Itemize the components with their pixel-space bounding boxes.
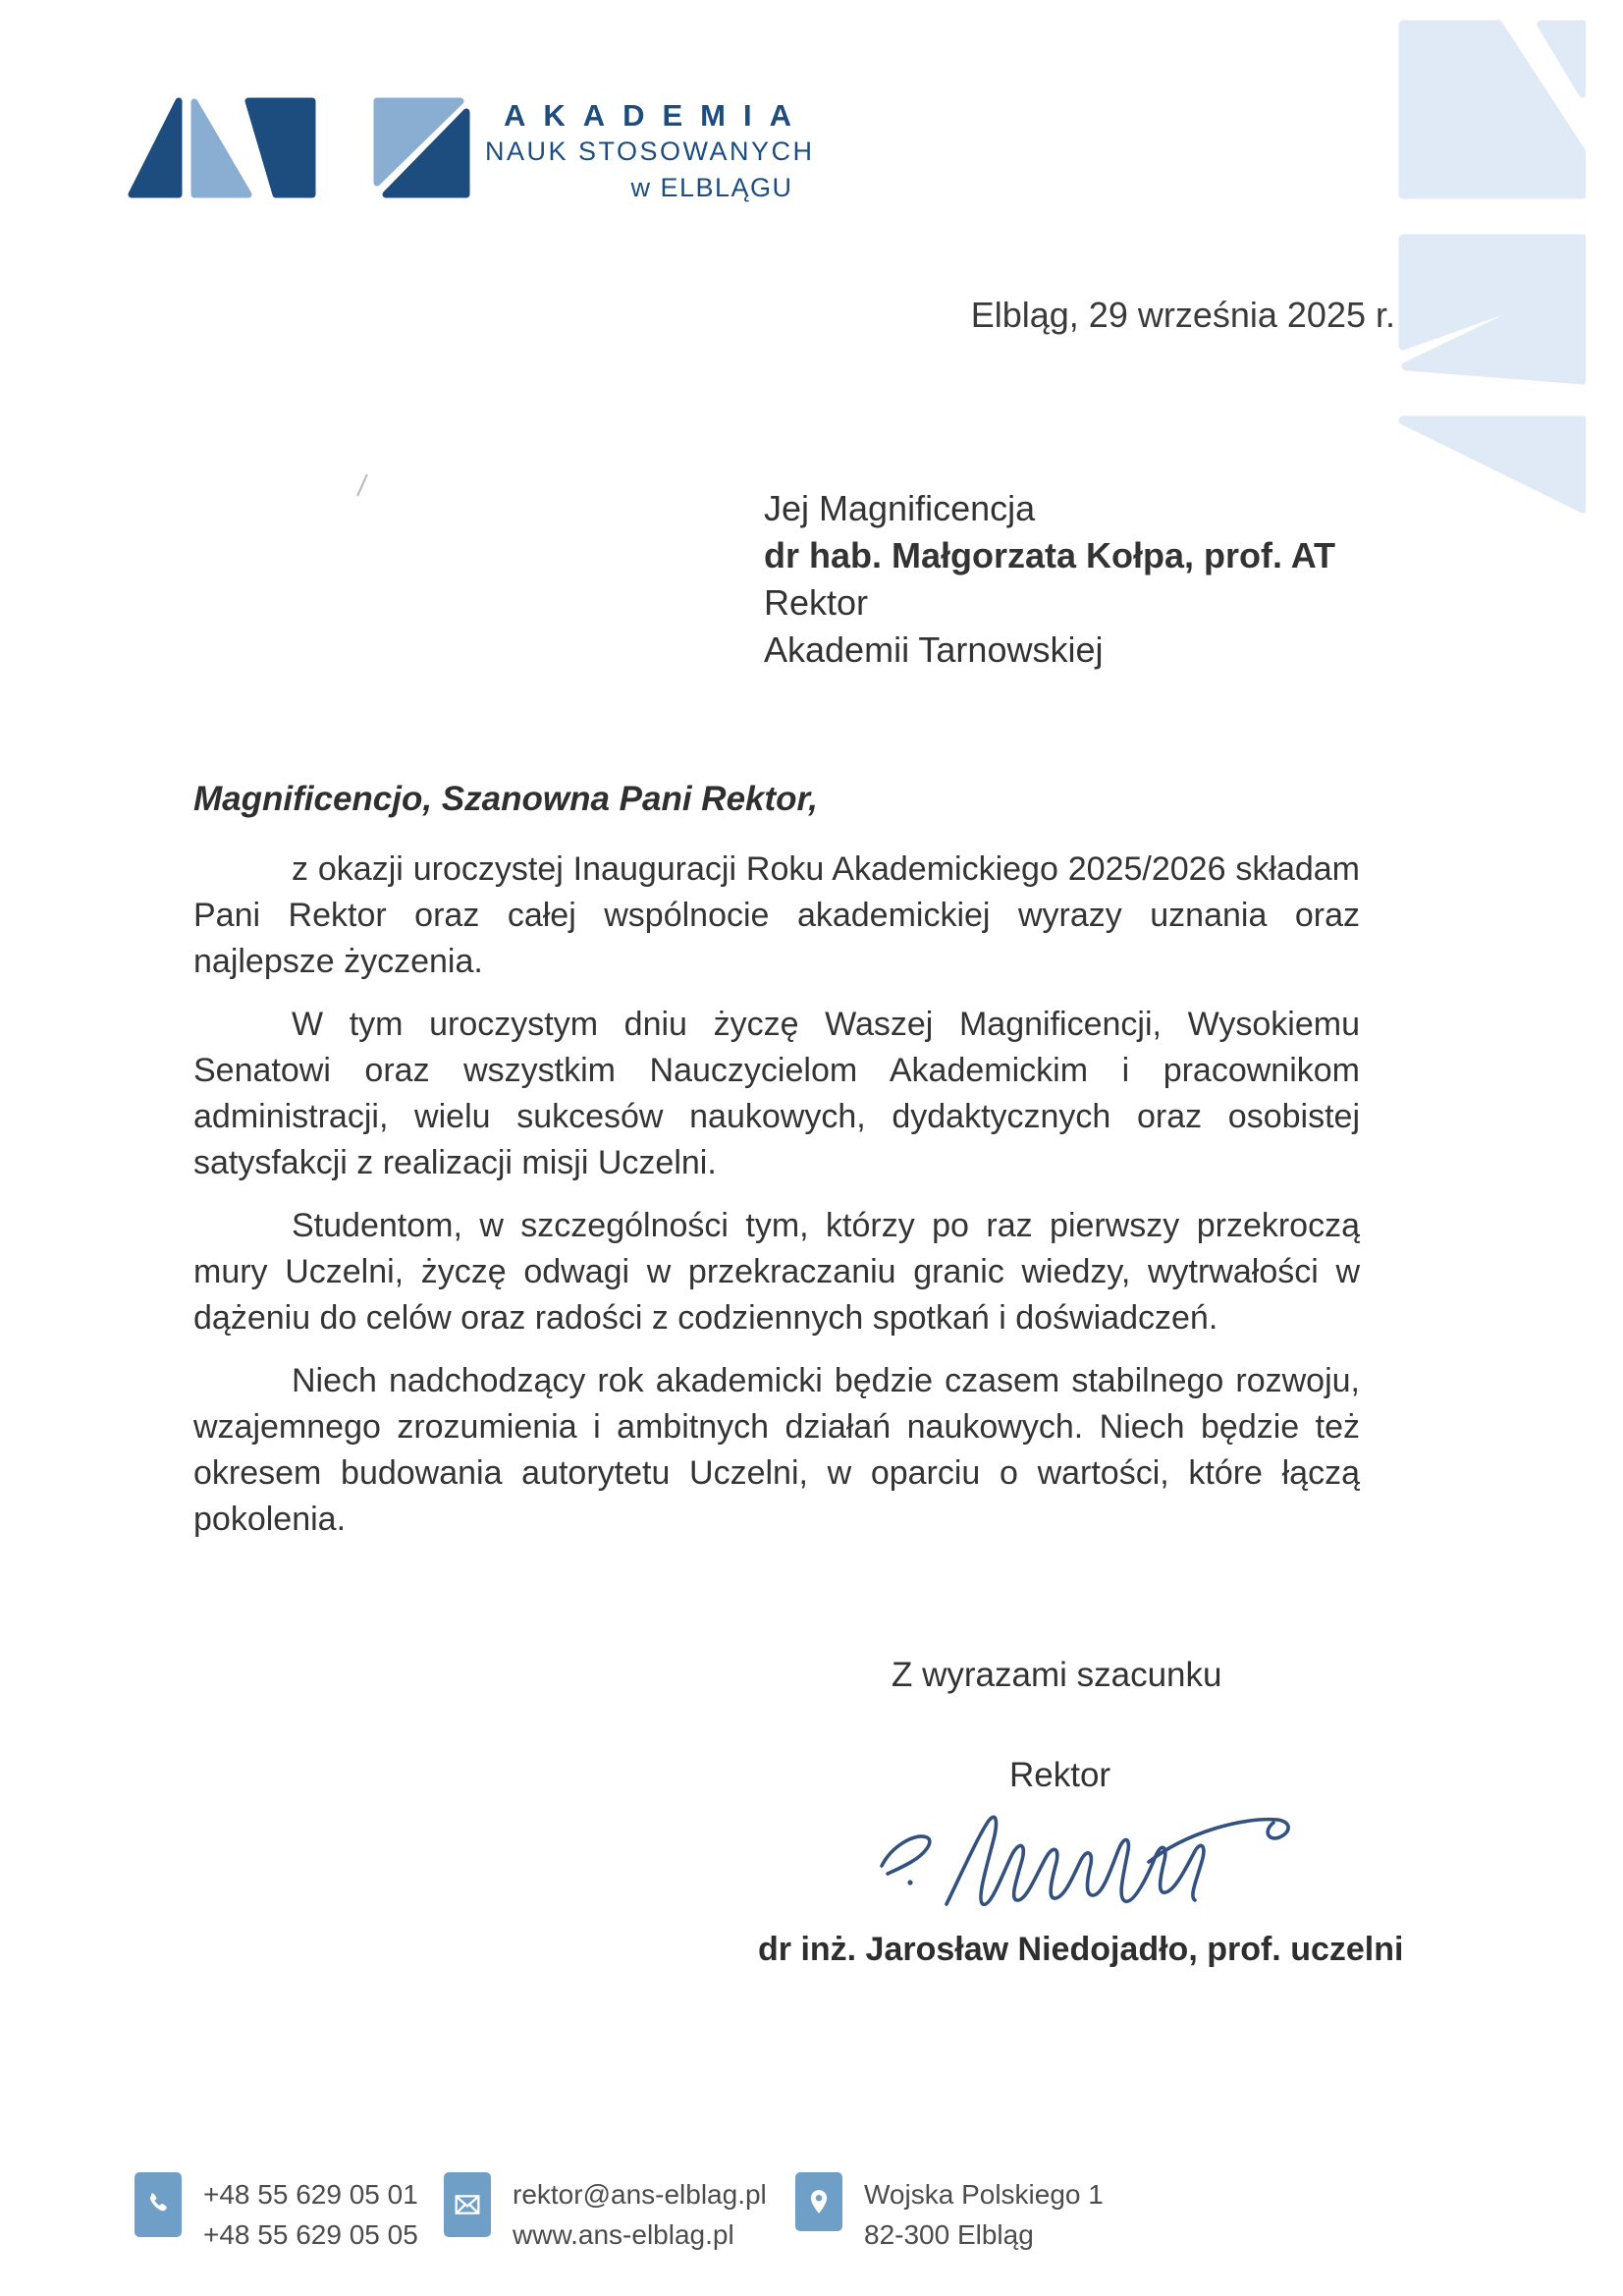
decorative-logo-watermark [1394, 15, 1586, 520]
paragraph: W tym uroczystym dniu życzę Waszej Magni… [193, 1002, 1360, 1186]
location-pin-icon [795, 2172, 842, 2231]
letter-body: z okazji uroczystej Inauguracji Roku Aka… [193, 847, 1360, 1559]
university-logo-icon [128, 93, 471, 201]
recipient-institution: Akademii Tarnowskiej [764, 627, 1335, 674]
phone-number-2: +48 55 629 05 05 [203, 2214, 418, 2255]
recipient-block: Jej Magnificencja dr hab. Małgorzata Koł… [764, 485, 1335, 674]
envelope-icon [444, 2172, 491, 2237]
handwritten-signature [862, 1805, 1304, 1928]
signer-name: dr inż. Jarosław Niedojadło, prof. uczel… [758, 1931, 1403, 1969]
paragraph: Niech nadchodzący rok akademicki będzie … [193, 1358, 1360, 1543]
recipient-name: dr hab. Małgorzata Kołpa, prof. AT [764, 532, 1335, 579]
paragraph: z okazji uroczystej Inauguracji Roku Aka… [193, 847, 1360, 985]
street-address: Wojska Polskiego 1 [864, 2174, 1104, 2214]
university-logo-text: AKADEMIA NAUK STOSOWANYCH w ELBLĄGU [485, 98, 791, 206]
recipient-line: Jej Magnificencja [764, 485, 1335, 532]
salutation: Magnificencjo, Szanowna Pani Rektor, [193, 780, 818, 819]
address-lines: Wojska Polskiego 1 82-300 Elbląg [864, 2172, 1104, 2255]
signer-title: Rektor [1009, 1756, 1110, 1795]
postal-city: 82-300 Elbląg [864, 2214, 1104, 2255]
logo-line-elblag: w ELBLĄGU [485, 170, 793, 206]
email-lines: rektor@ans-elblag.pl www.ans-elblag.pl [513, 2172, 767, 2255]
footer-address-block: Wojska Polskiego 1 82-300 Elbląg [795, 2172, 1104, 2255]
footer-phone-block: +48 55 629 05 01 +48 55 629 05 05 [135, 2172, 418, 2255]
closing-phrase: Z wyrazami szacunku [892, 1656, 1221, 1695]
email-address: rektor@ans-elblag.pl [513, 2174, 767, 2214]
letter-document: { "letter": { "logo": { "line1": "AKADEM… [0, 0, 1623, 2296]
logo-line-nauk: NAUK STOSOWANYCH [485, 134, 794, 170]
letter-page: AKADEMIA NAUK STOSOWANYCH w ELBLĄGU Elbl… [0, 0, 1623, 2296]
footer-email-block: rektor@ans-elblag.pl www.ans-elblag.pl [444, 2172, 767, 2255]
recipient-title: Rektor [764, 579, 1335, 627]
phone-numbers: +48 55 629 05 01 +48 55 629 05 05 [203, 2172, 418, 2255]
website-url: www.ans-elblag.pl [513, 2214, 767, 2255]
logo-line-akademia: AKADEMIA [485, 98, 809, 134]
scan-artifact-mark [356, 474, 368, 497]
phone-icon [135, 2172, 182, 2237]
paragraph: Studentom, w szczególności tym, którzy p… [193, 1203, 1360, 1341]
letter-date: Elbląg, 29 września 2025 r. [971, 295, 1395, 336]
phone-number-1: +48 55 629 05 01 [203, 2174, 418, 2214]
